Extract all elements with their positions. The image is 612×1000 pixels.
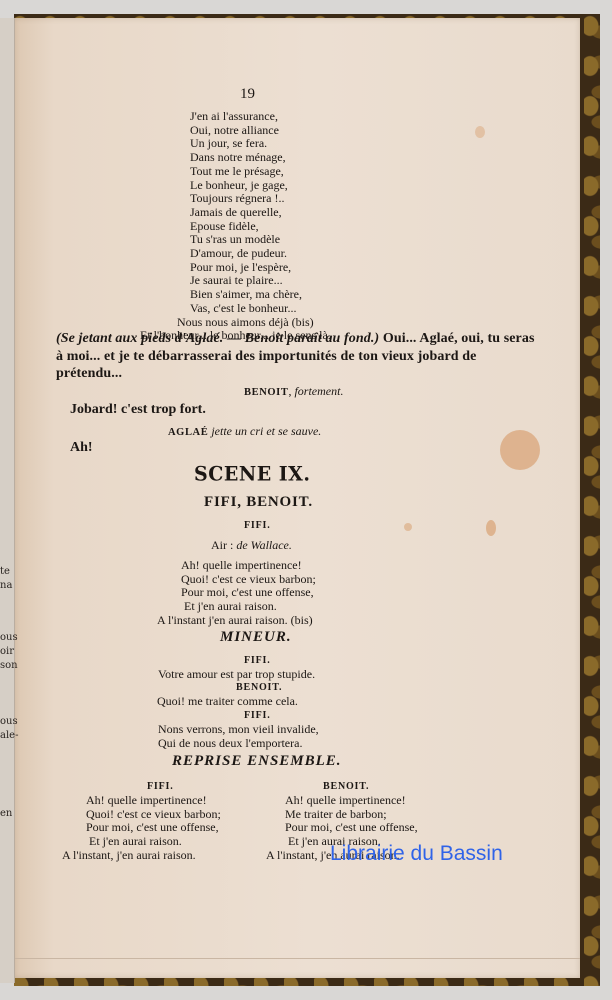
verse-line: Epouse fidèle,	[190, 220, 331, 234]
verse-line: Pour moi, c'est une offense,	[181, 586, 316, 600]
verse-line: Pour moi, c'est une offense,	[285, 821, 418, 835]
air-name: de Wallace.	[236, 538, 292, 552]
verse-line: Tu s'ras un modèle	[190, 233, 331, 247]
verse-line: Pour moi, je l'espère,	[190, 261, 331, 275]
verse-line: A l'instant, j'en aurai raison.	[62, 849, 221, 863]
verse-line: Bien s'aimer, ma chère,	[190, 288, 331, 302]
speaker-name: AGLAÉ	[168, 427, 208, 438]
speaker-label: BENOIT.	[236, 682, 282, 693]
section-title: REPRISE ENSEMBLE.	[172, 753, 342, 770]
foxing-stain	[500, 430, 540, 470]
speaker-label: FIFI.	[244, 710, 271, 721]
air-verse: Ah! quelle impertinence! Quoi! c'est ce …	[181, 559, 316, 628]
scene-characters: FIFI, BENOIT.	[204, 494, 313, 511]
verse-line: Quoi! c'est ce vieux barbon;	[86, 808, 221, 822]
left-page-fragment: oir	[0, 646, 14, 658]
left-page-fragment: en	[0, 808, 12, 820]
verse-line: Vas, c'est le bonheur...	[190, 302, 331, 316]
verse-line: Je saurai te plaire...	[190, 274, 331, 288]
verse-line: Ah! quelle impertinence!	[86, 794, 221, 808]
speaker-name: BENOIT	[244, 387, 288, 398]
verse-line: Ah! quelle impertinence!	[285, 794, 418, 808]
section-title: MINEUR.	[220, 629, 292, 646]
scene-title: SCENE IX.	[194, 462, 311, 485]
verse-line: Un jour, se fera.	[190, 137, 331, 151]
speaker-label: FIFI.	[147, 781, 174, 792]
watermark: Librairie du Bassin	[330, 842, 503, 866]
dialogue-line: Ah!	[70, 440, 93, 456]
foxing-stain	[486, 520, 496, 536]
left-page-fragment: son	[0, 660, 18, 672]
speaker-direction: jette un cri et se sauve.	[211, 424, 321, 438]
page-edge	[14, 958, 580, 959]
verse-line: Quoi! c'est ce vieux barbon;	[181, 573, 316, 587]
verse-line: Ah! quelle impertinence!	[181, 559, 316, 573]
verse-line: Quoi! me traiter comme cela.	[157, 694, 298, 709]
song-verse: J'en ai l'assurance, Oui, notre alliance…	[190, 110, 331, 343]
verse-line: Toujours régnera !..	[190, 192, 331, 206]
foxing-stain	[404, 523, 412, 531]
left-page-fragment: ale-	[0, 730, 18, 742]
page-number: 19	[240, 86, 255, 103]
verse-line: Tout me le présage,	[190, 165, 331, 179]
verse-line: A l'instant j'en aurai raison. (bis)	[157, 614, 316, 628]
left-page-fragment: ous	[0, 632, 18, 644]
verse-line: Votre amour est par trop stupide.	[158, 667, 315, 682]
speaker-label: FIFI.	[244, 655, 271, 666]
verse-line: Jamais de querelle,	[190, 206, 331, 220]
verse-line: Et j'en aurai raison.	[89, 835, 221, 849]
verse-line: Dans notre ménage,	[190, 151, 331, 165]
stage-direction: (Se jetant aux pieds d'Aglaé. — Benoit p…	[56, 331, 379, 346]
reprise-left-verse: Ah! quelle impertinence! Quoi! c'est ce …	[86, 794, 221, 863]
verse-line: Qui de nous deux l'emportera.	[158, 736, 302, 751]
speaker-label: FIFI.	[244, 520, 271, 531]
verse-line: Oui, notre alliance	[190, 124, 331, 138]
dialogue-paragraph: (Se jetant aux pieds d'Aglaé. — Benoit p…	[56, 330, 536, 383]
verse-line: Pour moi, c'est une offense,	[86, 821, 221, 835]
speaker-aglae: AGLAÉ jette un cri et se sauve.	[168, 424, 321, 439]
dialogue-line: Jobard! c'est trop fort.	[70, 402, 206, 418]
left-page-fragment: ous	[0, 716, 18, 728]
speaker-direction: fortement.	[294, 384, 343, 398]
speaker-benoit: BENOIT, fortement.	[244, 384, 343, 399]
verse-line: D'amour, de pudeur.	[190, 247, 331, 261]
air-prefix: Air :	[211, 538, 233, 552]
left-page-edge	[0, 18, 15, 983]
verse-line: Nons verrons, mon vieil invalide,	[158, 722, 319, 737]
air-label: Air : de Wallace.	[211, 538, 292, 553]
verse-line: J'en ai l'assurance,	[190, 110, 331, 124]
left-page-fragment: te	[0, 566, 10, 578]
verse-line: Me traiter de barbon;	[285, 808, 418, 822]
verse-line: Nous nous aimons déjà (bis)	[177, 316, 331, 330]
left-page-fragment: na	[0, 580, 12, 592]
verse-line: Et j'en aurai raison.	[184, 600, 316, 614]
foxing-stain	[475, 126, 485, 138]
verse-line: Le bonheur, je gage,	[190, 179, 331, 193]
speaker-label: BENOIT.	[323, 781, 369, 792]
